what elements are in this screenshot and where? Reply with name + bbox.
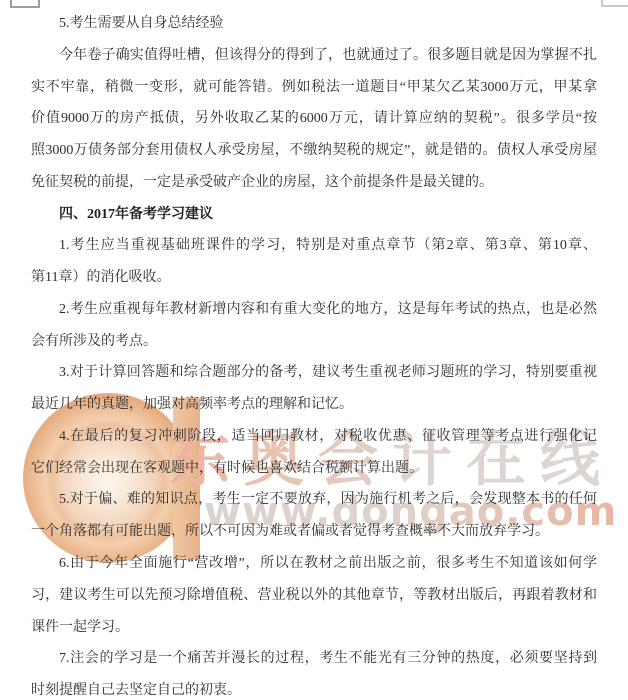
- text-line: 价值9000万的房产抵债，另外收取乙某的6000万元，请计算应纳的契税”。很多学…: [31, 103, 597, 135]
- text-line: 实不牢靠，稍微一变形，就可能答错。例如税法一道题目“甲某欠乙某3000万元，甲某…: [31, 72, 597, 104]
- text-line: 2.考生应重视每年教材新增内容和有重大变化的地方，这是每年考试的热点，也是必然: [31, 294, 597, 326]
- text-line: 习，建议考生可以先预习除增值税、营业税以外的其他章节，等教材出版后，再跟着教材和: [31, 580, 597, 612]
- document-lines: 5.考生需要从自身总结经验今年卷子确实值得吐槽，但该得分的得到了，也就通过了。很…: [0, 8, 628, 700]
- text-line: 今年卷子确实值得吐槽，但该得分的得到了，也就通过了。很多题目就是因为掌握不扎: [31, 40, 597, 72]
- text-line: 时刻提醒自己去坚定自己的初衷。: [31, 675, 597, 700]
- text-line: 3.对于计算回答题和综合题部分的备考，建议考生重视老师习题班的学习，特别要重视: [31, 357, 597, 389]
- document-page: 东奥会计在线 www.dongao.com 5.考生需要从自身总结经验今年卷子确…: [0, 0, 628, 700]
- text-line: 7.注会的学习是一个痛苦并漫长的过程，考生不能光有三分钟的热度，必须要坚持到底，: [31, 643, 597, 675]
- section-heading-line: 四、2017年备考学习建议: [31, 199, 597, 231]
- text-line: 照3000万债务部分套用债权人承受房屋，不缴纳契税的规定”，就是错的。债权人承受…: [31, 135, 597, 167]
- text-line: 第11章）的消化吸收。: [31, 262, 597, 294]
- text-line: 一个角落都有可能出题，所以不可因为难或者偏或者觉得考查概率不大而放弃学习。: [31, 516, 597, 548]
- text-line: 会有所涉及的考点。: [31, 326, 597, 358]
- text-line: 6.由于今年全面施行“营改增”，所以在教材之前出版之前，很多考生不知道该如何学: [31, 548, 597, 580]
- text-line: 免征契税的前提，一定是承受破产企业的房屋，这个前提条件是最关键的。: [31, 167, 597, 199]
- text-line: 最近几年的真题，加强对高频率考点的理解和记忆。: [31, 389, 597, 421]
- text-line: 5.对于偏、难的知识点，考生一定不要放弃，因为施行机考之后，会发现整本书的任何: [31, 484, 597, 516]
- text-line: 课件一起学习。: [31, 612, 597, 644]
- top-left-crop-mark: [10, 0, 40, 8]
- text-line: 4.在最后的复习冲刺阶段，适当回归教材，对税收优惠、征收管理等考点进行强化记忆，: [31, 421, 597, 453]
- top-right-crop-mark: [601, 0, 628, 7]
- text-line: 1.考生应当重视基础班课件的学习，特别是对重点章节（第2章、第3章、第10章、: [31, 230, 597, 262]
- text-line: 它们经常会出现在客观题中，有时候也喜欢结合税额计算出题。: [31, 453, 597, 485]
- text-line: 5.考生需要从自身总结经验: [31, 8, 597, 40]
